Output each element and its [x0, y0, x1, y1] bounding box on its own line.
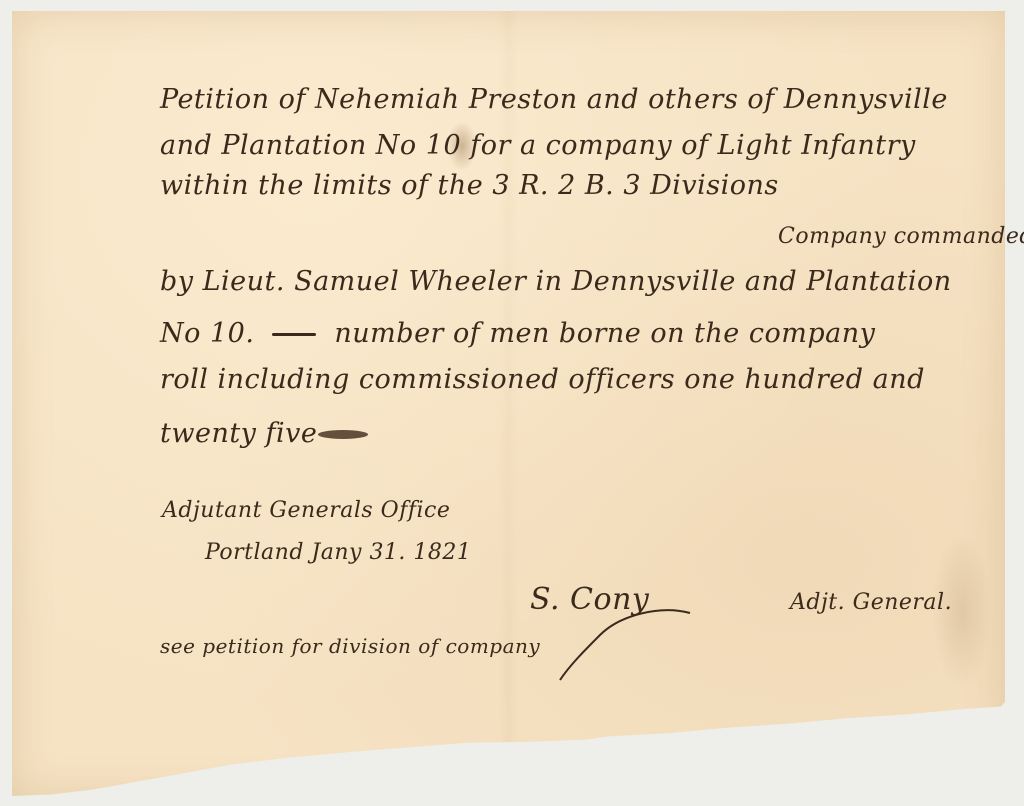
- ink-blot: [318, 430, 368, 439]
- petition-line-1: Petition of Nehemiah Preston and others …: [160, 84, 948, 115]
- men-count-text: number of men borne on the company: [334, 318, 875, 349]
- signature-title: Adjt. General.: [790, 590, 952, 615]
- cross-reference-note: see petition for division of company: [160, 634, 540, 658]
- signature-flourish: [540, 605, 700, 685]
- office-line: Adjutant Generals Office: [162, 498, 450, 523]
- document-scan: Petition of Nehemiah Preston and others …: [0, 0, 1024, 806]
- petition-line-7: roll including commissioned officers one…: [160, 364, 925, 395]
- petition-line-2: and Plantation No 10 for a company of Li…: [160, 130, 916, 161]
- paper-sheet: [12, 11, 1005, 796]
- petition-line-4: Company commanded: [778, 224, 1024, 249]
- petition-line-8: twenty five: [160, 418, 317, 449]
- dash-separator: [272, 333, 316, 336]
- petition-line-3: within the limits of the 3 R. 2 B. 3 Div…: [160, 170, 779, 201]
- petition-line-5: by Lieut. Samuel Wheeler in Dennysville …: [160, 266, 952, 297]
- plantation-number: No 10.: [160, 318, 254, 349]
- place-date-line: Portland Jany 31. 1821: [205, 540, 471, 565]
- petition-line-6: No 10.number of men borne on the company: [160, 318, 875, 349]
